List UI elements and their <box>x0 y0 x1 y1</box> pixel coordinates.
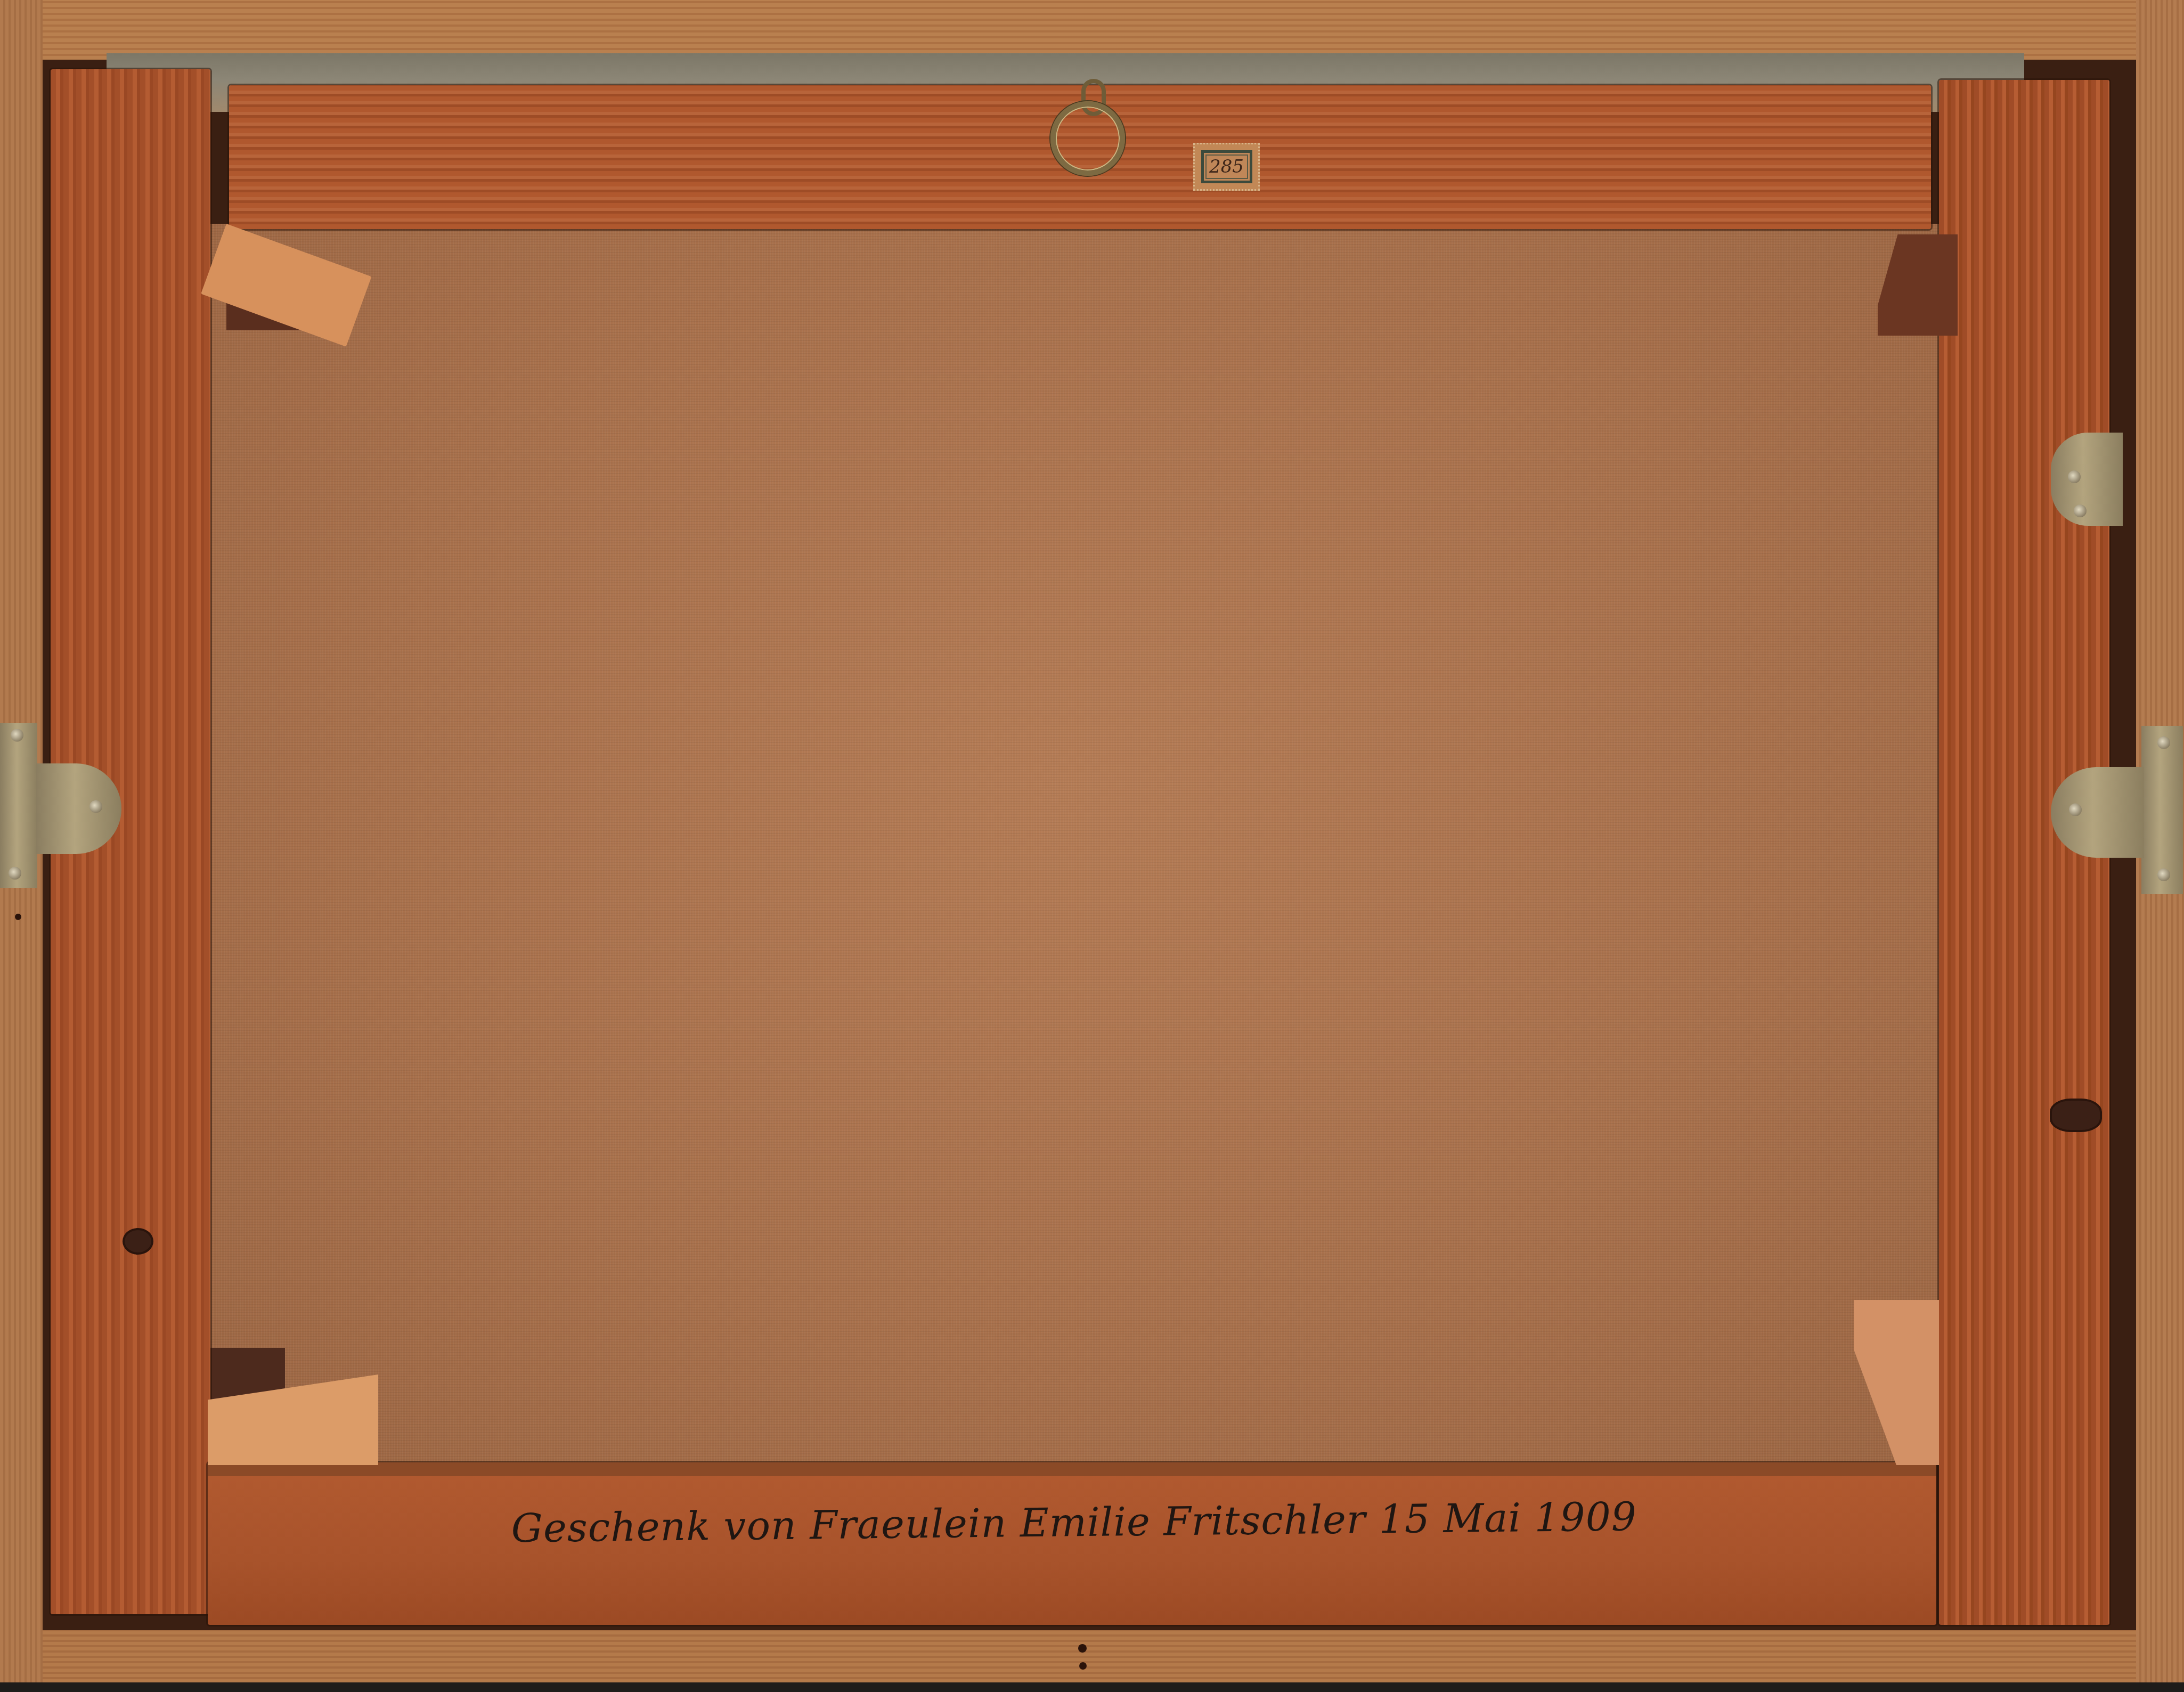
screw-icon <box>2069 803 2082 816</box>
screw-icon <box>2068 470 2081 483</box>
wood-knot <box>2050 1099 2102 1132</box>
inventory-label: 285 <box>1193 143 1260 191</box>
hinge-plate-left <box>0 723 37 888</box>
inventory-label-border: 285 <box>1201 150 1252 183</box>
screw-icon <box>89 800 102 813</box>
hinge-leaf-right <box>2051 767 2144 858</box>
screw-icon <box>2157 868 2170 881</box>
wood-knot <box>123 1228 153 1255</box>
screw-icon <box>2074 505 2087 517</box>
screw-icon <box>11 729 23 742</box>
frame-top-rail <box>0 0 2184 60</box>
painting-back-photo: 285 Geschenk von Fraeulein Emilie Fritsc… <box>0 0 2184 1692</box>
frame-bottom-rail <box>0 1630 2184 1682</box>
hanging-ring-icon <box>1050 101 1125 176</box>
nail-hole <box>1079 1662 1087 1670</box>
mounting-clip-right <box>2051 433 2123 526</box>
handwritten-inscription: Geschenk von Fraeulein Emilie Fritschler… <box>511 1494 1657 1575</box>
nail-hole <box>1078 1644 1087 1653</box>
nail-hole <box>15 914 21 920</box>
stretcher-bottom-lip <box>208 1462 1936 1476</box>
screw-icon <box>2157 736 2170 749</box>
inventory-number: 285 <box>1209 156 1244 177</box>
screw-icon <box>9 867 21 880</box>
canvas-back <box>208 224 1939 1465</box>
